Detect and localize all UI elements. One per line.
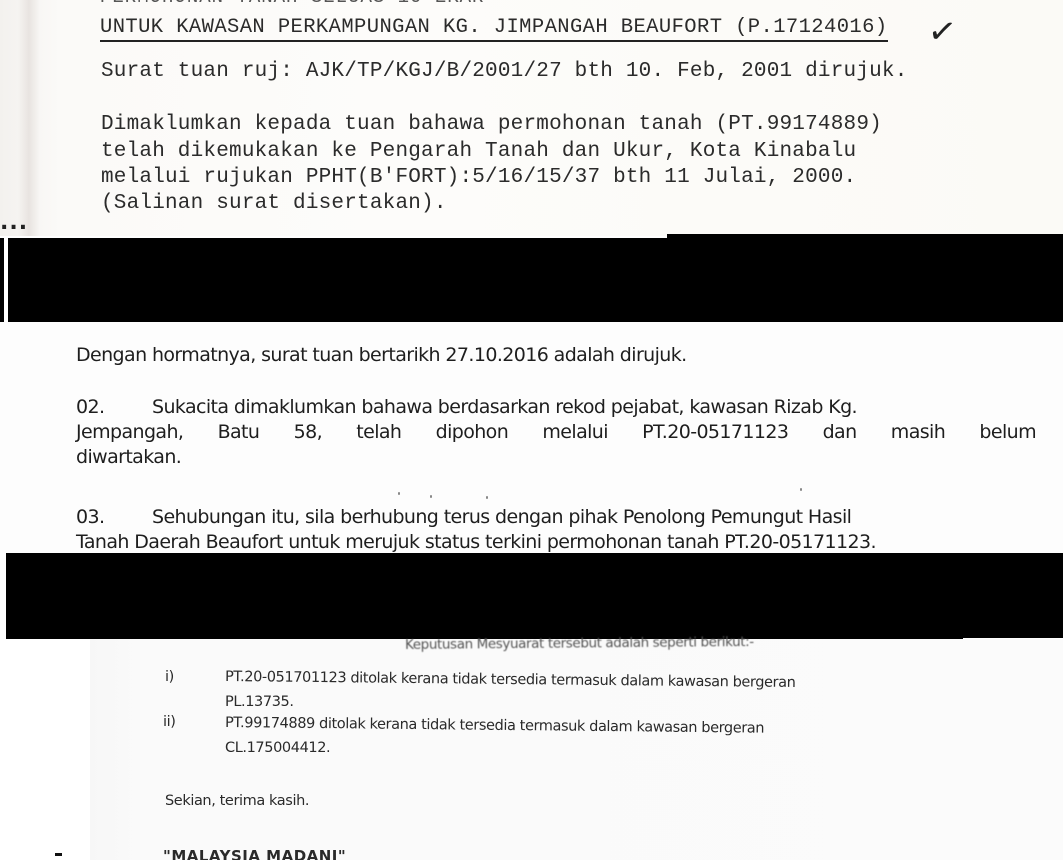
list-item-line: PT.99174889 ditolak kerana tidak tersedi…: [225, 715, 764, 737]
paper-crease: [18, 0, 40, 236]
list-item-line: PL.13735.: [225, 694, 294, 710]
scan-speckle: [800, 488, 802, 491]
cut-off-heading: PERMOHONAN TANAH SELUAS 10 EKAR: [100, 0, 484, 8]
paragraph-line: (Salinan surat disertakan).: [101, 192, 447, 215]
list-item-line: PT.20-051701123 ditolak kerana tidak ter…: [225, 669, 796, 691]
closing-line: Sekian, terima kasih.: [165, 793, 309, 809]
list-marker: i): [165, 669, 174, 685]
slogan: "MALAYSIA MADANI": [163, 847, 346, 860]
paragraph-02-line-3: diwartakan.: [76, 446, 181, 468]
redaction-bar: [6, 553, 1063, 638]
paragraph-text: Sehubungan itu, sila berhubung terus den…: [152, 506, 851, 528]
redaction-bar: [8, 238, 1063, 322]
handwritten-check-icon: ✓: [925, 10, 959, 54]
paragraph-line: telah dikemukakan ke Pengarah Tanah dan …: [101, 140, 856, 163]
list-item-line: CL.175004412.: [225, 740, 330, 756]
paragraph-03-line-1: 03.Sehubungan itu, sila berhubung terus …: [76, 506, 851, 528]
paragraph-number: 02.: [76, 396, 152, 418]
reference-line: Surat tuan ruj: AJK/TP/KGJ/B/2001/27 bth…: [101, 60, 908, 83]
paragraph-02-line-1: 02.Sukacita dimaklumkan bahawa berdasark…: [76, 396, 857, 418]
scan-speckle: [430, 495, 432, 498]
old-typewritten-letter-fragment: PERMOHONAN TANAH SELUAS 10 EKAR UNTUK KA…: [0, 0, 1063, 236]
scan-speckle: [486, 496, 488, 499]
margin-mark: [55, 853, 62, 856]
page-margin: [0, 639, 90, 860]
cut-off-line: Keputusan Mesyuarat tersebut adalah sepe…: [405, 634, 754, 653]
modern-letter-fragment: Dengan hormatnya, surat tuan bertarikh 2…: [0, 322, 1063, 553]
paragraph-text: Sukacita dimaklumkan bahawa berdasarkan …: [152, 396, 857, 418]
paragraph-03-line-2: Tanah Daerah Beaufort untuk merujuk stat…: [76, 531, 876, 553]
paragraph-02-line-2: Jempangah, Batu 58, telah dipohon melalu…: [76, 421, 1036, 443]
list-marker: ii): [163, 714, 176, 730]
salutation: Dengan hormatnya, surat tuan bertarikh 2…: [76, 344, 687, 366]
margin-dots: ...: [0, 210, 28, 235]
meeting-decision-letter-fragment: Keputusan Mesyuarat tersebut adalah sepe…: [0, 639, 1063, 860]
scan-speckle: [398, 492, 400, 495]
paragraph-line: Dimaklumkan kepada tuan bahawa permohona…: [101, 113, 882, 136]
paragraph-number: 03.: [76, 506, 152, 528]
paragraph-line: melalui rujukan PPHT(B'FORT):5/16/15/37 …: [101, 166, 856, 189]
redaction-bar-edge: [0, 238, 4, 322]
letter-subject: UNTUK KAWASAN PERKAMPUNGAN KG. JIMPANGAH…: [100, 16, 888, 42]
